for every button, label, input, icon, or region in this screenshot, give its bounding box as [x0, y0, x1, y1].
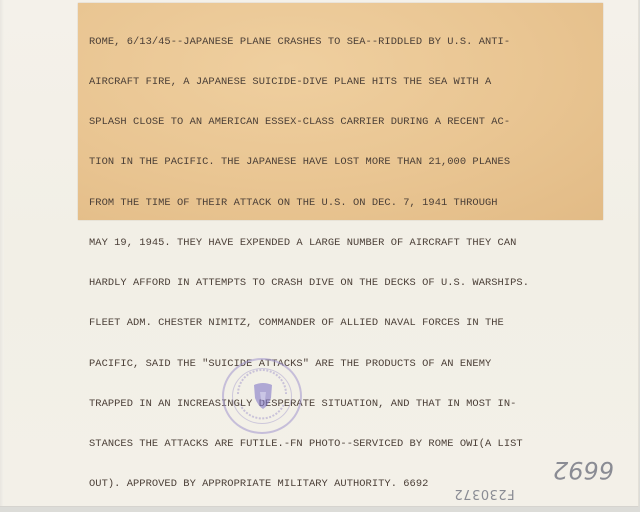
caption-text: ROME, 6/13/45--JAPANESE PLANE CRASHES TO…: [89, 9, 599, 512]
caption-clipping: ROME, 6/13/45--JAPANESE PLANE CRASHES TO…: [78, 3, 603, 220]
ink-stamp: [222, 358, 302, 434]
photo-back: ROME, 6/13/45--JAPANESE PLANE CRASHES TO…: [0, 0, 639, 507]
caption-line: ROME, 6/13/45--JAPANESE PLANE CRASHES TO…: [89, 36, 599, 49]
caption-line: FLEET ADM. CHESTER NIMITZ, COMMANDER OF …: [89, 317, 599, 330]
handwritten-photo-number: 6692: [553, 456, 614, 484]
caption-line: STANCES THE ATTACKS ARE FUTILE.-FN PHOTO…: [89, 438, 599, 451]
shield-emblem-icon: [252, 382, 274, 410]
caption-line: PACIFIC, SAID THE "SUICIDE ATTACKS" ARE …: [89, 358, 599, 371]
caption-line: MAY 19, 1945. THEY HAVE EXPENDED A LARGE…: [89, 237, 599, 250]
caption-line: FROM THE TIME OF THEIR ATTACK ON THE U.S…: [89, 197, 599, 210]
handwritten-archive-id: F230372: [454, 486, 515, 501]
caption-line: SPLASH CLOSE TO AN AMERICAN ESSEX-CLASS …: [89, 116, 599, 129]
caption-line: OUT). APPROVED BY APPROPRIATE MILITARY A…: [89, 478, 599, 491]
caption-line: TRAPPED IN AN INCREASINGLY DESPERATE SIT…: [89, 398, 599, 411]
caption-line: HARDLY AFFORD IN ATTEMPTS TO CRASH DIVE …: [89, 277, 599, 290]
caption-line: TION IN THE PACIFIC. THE JAPANESE HAVE L…: [89, 156, 599, 169]
caption-line: AIRCRAFT FIRE, A JAPANESE SUICIDE-DIVE P…: [89, 76, 599, 89]
